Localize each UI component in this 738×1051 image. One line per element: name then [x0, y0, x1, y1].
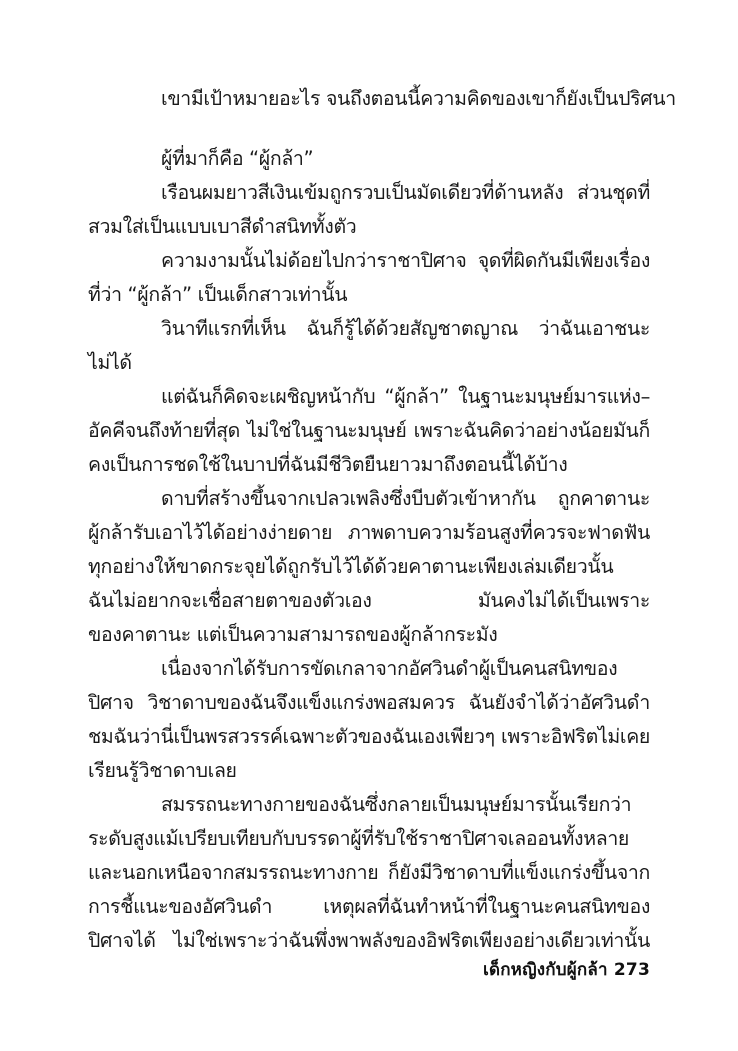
page-number: 273	[614, 960, 650, 980]
paragraph: ความงามนั้นไม่ด้อยไปกว่าราชาปิศาจ จุดที่…	[88, 244, 650, 312]
text-line: และนอกเหนือจากสมรรถนะทางกาย ก็ยังมีวิชาด…	[88, 856, 650, 890]
text-line: ความงามนั้นไม่ด้อยไปกว่าราชาปิศาจ จุดที่…	[88, 244, 650, 278]
text-line: การชี้แนะของอัศวินดำ เหตุผลที่ฉันทำหน้าท…	[88, 890, 650, 924]
text-line: อัคคีจนถึงท้ายที่สุด ไม่ใช่ในฐานะมนุษย์ …	[88, 414, 650, 448]
text-line: สวมใส่เป็นแบบเบาสีดำสนิททั้งตัว	[88, 210, 650, 244]
text-line: ชมฉันว่านี่เป็นพรสวรรค์เฉพาะตัวของฉันเอง…	[88, 720, 650, 754]
page-footer: เด็กหญิงกับผู้กล้า 273	[440, 956, 650, 983]
paragraph: เนื่องจากได้รับการขัดเกลาจากอัศวินดำผู้เ…	[88, 652, 650, 788]
paragraph-gap	[88, 116, 650, 142]
paragraph: เขามีเป้าหมายอะไร จนถึงตอนนี้ความคิดของเ…	[88, 82, 650, 116]
text-line: เรียนรู้วิชาดาบเลย	[88, 754, 650, 788]
text-line: ทุกอย่างให้ขาดกระจุยได้ถูกรับไว้ได้ด้วยค…	[88, 550, 650, 584]
text-line: เรือนผมยาวสีเงินเข้มถูกรวบเป็นมัดเดียวที…	[88, 176, 650, 210]
text-line: ผู้ที่มาก็คือ “ผู้กล้า”	[88, 142, 650, 176]
text-line: ระดับสูงแม้เปรียบเทียบกับบรรดาผู้ที่รับใ…	[88, 822, 650, 856]
paragraph: แต่ฉันก็คิดจะเผชิญหน้ากับ “ผู้กล้า” ในฐา…	[88, 380, 650, 482]
text-line: ฉันไม่อยากจะเชื่อสายตาของตัวเอง มันคงไม่…	[88, 584, 650, 618]
text-line: เนื่องจากได้รับการขัดเกลาจากอัศวินดำผู้เ…	[88, 652, 650, 686]
text-line: ปิศาจ วิชาดาบของฉันจึงแข็งแกร่งพอสมควร ฉ…	[88, 686, 650, 720]
text-line: สมรรถนะทางกายของฉันซึ่งกลายเป็นมนุษย์มาร…	[88, 788, 650, 822]
running-title: เด็กหญิงกับผู้กล้า	[483, 960, 608, 980]
text-line: แต่ฉันก็คิดจะเผชิญหน้ากับ “ผู้กล้า” ในฐา…	[88, 380, 650, 414]
text-line: ปิศาจได้ ไม่ใช่เพราะว่าฉันพึ่งพาพลังของอ…	[88, 924, 650, 958]
paragraph: ดาบที่สร้างขึ้นจากเปลวเพลิงซึ่งบีบตัวเข้…	[88, 482, 650, 652]
text-line: วินาทีแรกที่เห็น ฉันก็รู้ได้ด้วยสัญชาตญา…	[88, 312, 650, 346]
page-body: เขามีเป้าหมายอะไร จนถึงตอนนี้ความคิดของเ…	[88, 82, 650, 958]
text-line: เขามีเป้าหมายอะไร จนถึงตอนนี้ความคิดของเ…	[88, 82, 650, 116]
text-line: ไม่ได้	[88, 346, 650, 380]
text-line: คงเป็นการชดใช้ในบาปที่ฉันมีชีวิตยืนยาวมา…	[88, 448, 650, 482]
paragraph: เรือนผมยาวสีเงินเข้มถูกรวบเป็นมัดเดียวที…	[88, 176, 650, 244]
text-line: ของคาตานะ แต่เป็นความสามารถของผู้กล้ากระ…	[88, 618, 650, 652]
text-line: ผู้กล้ารับเอาไว้ได้อย่างง่ายดาย ภาพดาบคว…	[88, 516, 650, 550]
paragraph: ผู้ที่มาก็คือ “ผู้กล้า”	[88, 142, 650, 176]
paragraph: วินาทีแรกที่เห็น ฉันก็รู้ได้ด้วยสัญชาตญา…	[88, 312, 650, 380]
text-line: ที่ว่า “ผู้กล้า” เป็นเด็กสาวเท่านั้น	[88, 278, 650, 312]
text-line: ดาบที่สร้างขึ้นจากเปลวเพลิงซึ่งบีบตัวเข้…	[88, 482, 650, 516]
paragraph: สมรรถนะทางกายของฉันซึ่งกลายเป็นมนุษย์มาร…	[88, 788, 650, 958]
